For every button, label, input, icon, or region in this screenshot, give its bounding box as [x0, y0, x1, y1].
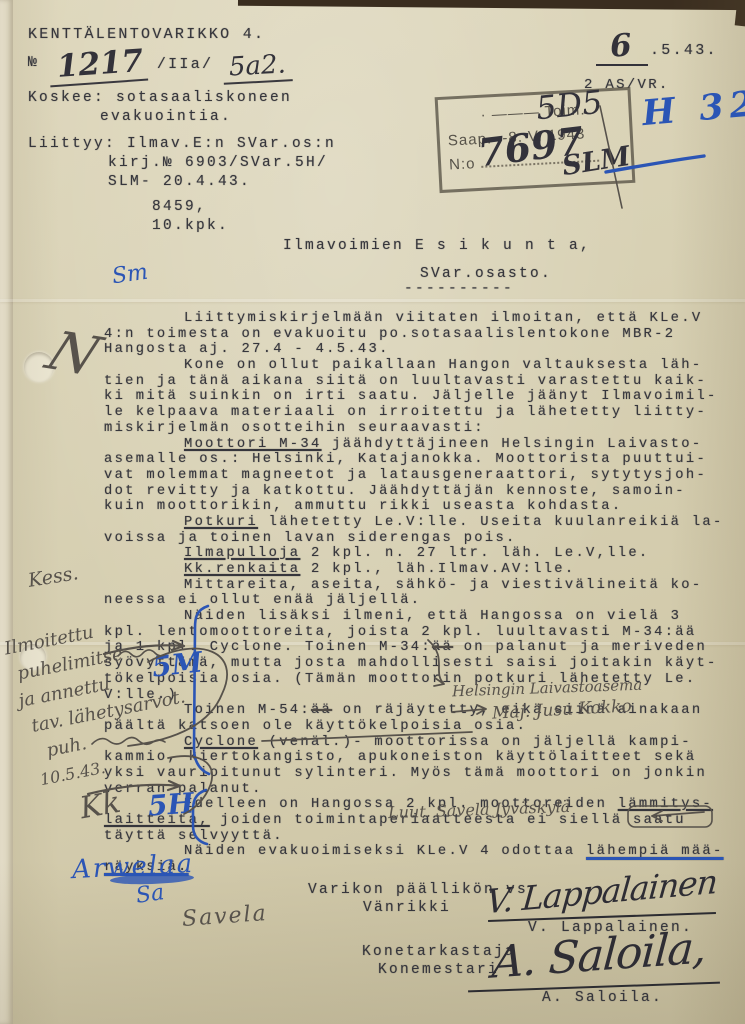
body-line: kpl. lentomoottoreita, joista 2 kpl. luu…	[104, 625, 744, 641]
body-line: Kone on ollut paikallaan Hangon valtauks…	[104, 358, 744, 374]
signature-saloila: A. Saloila,	[490, 922, 707, 988]
body-line: 4:n toimesta on evakuoitu po.sotasaalisl…	[104, 327, 744, 343]
body-line: Toinen M-54:ää on räjäytetty, eikä siinä…	[104, 703, 744, 719]
body-line: neessa ei ollut enää jäljellä.	[104, 593, 744, 609]
body-text: Liittymiskirjelmään viitaten ilmoitan, e…	[104, 311, 744, 876]
date-underline	[596, 64, 648, 66]
stamp-dash-leader: · ———	[446, 104, 540, 126]
body-line: dot revitty ja katkottu. Jäähdyttäjän ke…	[104, 484, 744, 500]
body-line: asemalle os.: Helsinki, Katajanokka. Moo…	[104, 452, 744, 468]
koskee-row: Koskee: sotasaaliskoneen	[28, 90, 292, 106]
body-line: täyttä selvyyttä.	[104, 829, 744, 845]
stamp-no-label: N:o	[449, 155, 476, 173]
body-line: kuin moottorikin, ammuttu rikki useasta …	[104, 499, 744, 515]
body-line: Cyclone (venäl.)- moottorissa on jäljell…	[104, 735, 744, 751]
body-line: Ilmapulloja 2 kpl. n. 27 ltr. läh. Le.V,…	[104, 546, 744, 562]
pencil-letter-mark: N	[38, 320, 110, 387]
body-line: Kk.renkaita 2 kpl., läh.Ilmav.AV:lle.	[104, 562, 744, 578]
document-number: № 1217 /IIa/ 5a2.	[28, 46, 292, 84]
body-line: Potkuri lähetetty Le.V:lle. Useita kuula…	[104, 515, 744, 531]
body-line: ki mitä suinkin on irti saatu. Jäljelle …	[104, 389, 744, 405]
scanned-document-page: KENTTÄLENTOVARIKKO 4. № 1217 /IIa/ 5a2. …	[0, 0, 745, 1024]
paper-edge-strip	[0, 0, 13, 1024]
ref-kpk: 10.kpk.	[152, 218, 229, 234]
liittyy-value-1: Ilmav.E:n SVar.os:n	[127, 136, 336, 152]
ref-number: 8459,	[152, 199, 207, 215]
no-symbol: №	[28, 54, 39, 71]
document-number-typed: /IIa/	[157, 56, 214, 73]
liittyy-label: Liittyy:	[28, 136, 116, 152]
body-line: V:lle.)	[104, 688, 744, 704]
arwelaa-handwritten: Arwelaa	[71, 849, 195, 885]
savela-handwritten: Savela	[181, 901, 268, 932]
liittyy-value-3: SLM- 20.4.43.	[108, 174, 251, 190]
recipient-underline-dashes: ----------	[404, 281, 514, 297]
body-line: voissa ja toinen lavan siderengas pois.	[104, 531, 744, 547]
body-line: Liittymiskirjelmään viitaten ilmoitan, e…	[104, 311, 744, 327]
sa-initials-handwritten: Sa	[134, 880, 165, 909]
body-line: Hangosta aj. 27.4 - 4.5.43.	[104, 342, 744, 358]
liittyy-row: Liittyy: Ilmav.E:n SVar.os:n	[28, 136, 336, 152]
kk-initials-handwritten: Kk	[77, 785, 123, 827]
recipient-department: SVar.osasto.	[420, 266, 552, 282]
sm-initials-handwritten: Sm	[110, 260, 149, 290]
scan-background-edge	[238, 0, 745, 10]
body-line: Mittareita, aseita, sähkö- ja viestiväli…	[104, 578, 744, 594]
body-line: päältä katsoen ole käyttökelpoisia osia.	[104, 719, 744, 735]
5h-routing-mark: 5H	[147, 786, 195, 822]
signer2-typed-name: A. Saloila.	[542, 990, 663, 1006]
body-line: tien ja tänä aikana siitä on luultavasti…	[104, 374, 744, 390]
date-typed: .5.43.	[650, 42, 718, 59]
phone-note-annotation: Ilmoitettupuhelimitseja annettutav. lähe…	[2, 604, 198, 795]
body-line: miskirjelmän osotteihin seuraavasti:	[104, 421, 744, 437]
5m-routing-mark: 5M	[150, 645, 204, 683]
body-line: Näiden lisäksi ilmeni, että Hangossa on …	[104, 609, 744, 625]
body-line: vat molemmat magneetot ja latausgeneraat…	[104, 468, 744, 484]
scan-background-corner	[735, 0, 745, 27]
recipient-line: Ilmavoimien E s i k u n t a,	[283, 238, 591, 254]
unit-title: KENTTÄLENTOVARIKKO 4.	[28, 26, 265, 43]
body-line: Moottori M-34 jäähdyttäjineen Helsingin …	[104, 437, 744, 453]
body-line: yksi vaurioitunut sylinteri. Myös tämä m…	[104, 766, 744, 782]
body-line: Näiden evakuoimiseksi KLe.V 4 odottaa lä…	[104, 844, 744, 860]
signer1-role-line2: Vänrikki	[363, 900, 451, 916]
kess-annotation: Kess.	[27, 562, 80, 592]
body-line: kammio, kiertokangisto, apukoneiston käy…	[104, 750, 744, 766]
body-line: le kelpaava materiaali on irroitettu ja …	[104, 405, 744, 421]
document-number-handwritten-2: 5a2.	[222, 49, 292, 85]
fold-line	[0, 299, 745, 302]
liittyy-value-2: kirj.№ 6903/SVar.5H/	[108, 155, 328, 171]
koskee-value: sotasaaliskoneen	[116, 90, 292, 106]
signer2-role-line2: Konemestari	[378, 962, 499, 978]
document-number-handwritten: 1217	[48, 43, 149, 88]
koskee-label: Koskee:	[28, 90, 105, 106]
date-day-handwritten: 6	[609, 27, 633, 64]
koskee-value-2: evakuointia.	[100, 109, 232, 125]
body-line: verran palanut.	[104, 782, 744, 798]
